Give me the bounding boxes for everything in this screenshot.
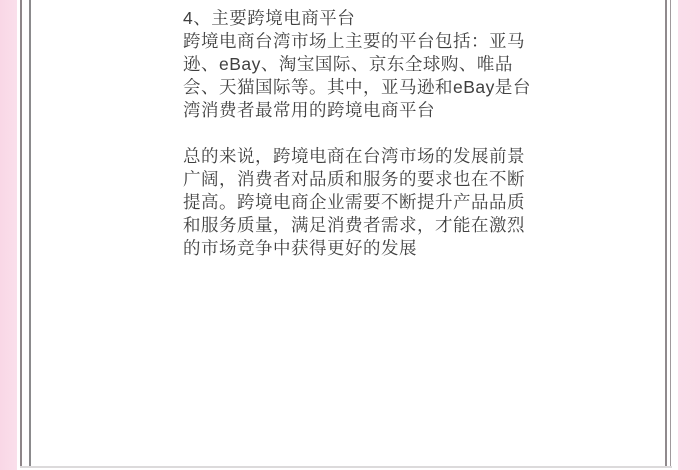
- page-frame-bottom-line: [20, 466, 672, 468]
- paragraph2-line: 和服务质量，满足消费者需求，才能在激烈: [183, 214, 533, 237]
- section-heading: 4、主要跨境电商平台: [183, 7, 533, 30]
- page-frame-right-outer-line: [665, 0, 667, 466]
- paragraph2-line: 的市场竞争中获得更好的发展: [183, 237, 533, 260]
- document-text-block: 4、主要跨境电商平台 跨境电商台湾市场上主要的平台包括：亚马 逊、eBay、淘宝…: [183, 7, 533, 260]
- left-pink-margin: [0, 0, 17, 470]
- page-frame-left-inner-line: [29, 0, 31, 466]
- paragraph1-line: 逊、eBay、淘宝国际、京东全球购、唯品: [183, 53, 533, 76]
- paragraph2-line: 总的来说，跨境电商在台湾市场的发展前景: [183, 145, 533, 168]
- right-pink-margin: [678, 0, 700, 470]
- document-page: 4、主要跨境电商平台 跨境电商台湾市场上主要的平台包括：亚马 逊、eBay、淘宝…: [0, 0, 700, 470]
- page-frame-left-outer-line: [20, 0, 22, 466]
- paragraph2-line: 提高。跨境电商企业需要不断提升产品品质: [183, 191, 533, 214]
- paragraph2-line: 广阔，消费者对品质和服务的要求也在不断: [183, 168, 533, 191]
- paragraph1-line: 跨境电商台湾市场上主要的平台包括：亚马: [183, 30, 533, 53]
- paragraph1-line: 湾消费者最常用的跨境电商平台: [183, 99, 533, 122]
- page-frame-right-inner-line: [670, 0, 671, 466]
- blank-line: [183, 122, 533, 145]
- paragraph1-line: 会、天猫国际等。其中，亚马逊和eBay是台: [183, 76, 533, 99]
